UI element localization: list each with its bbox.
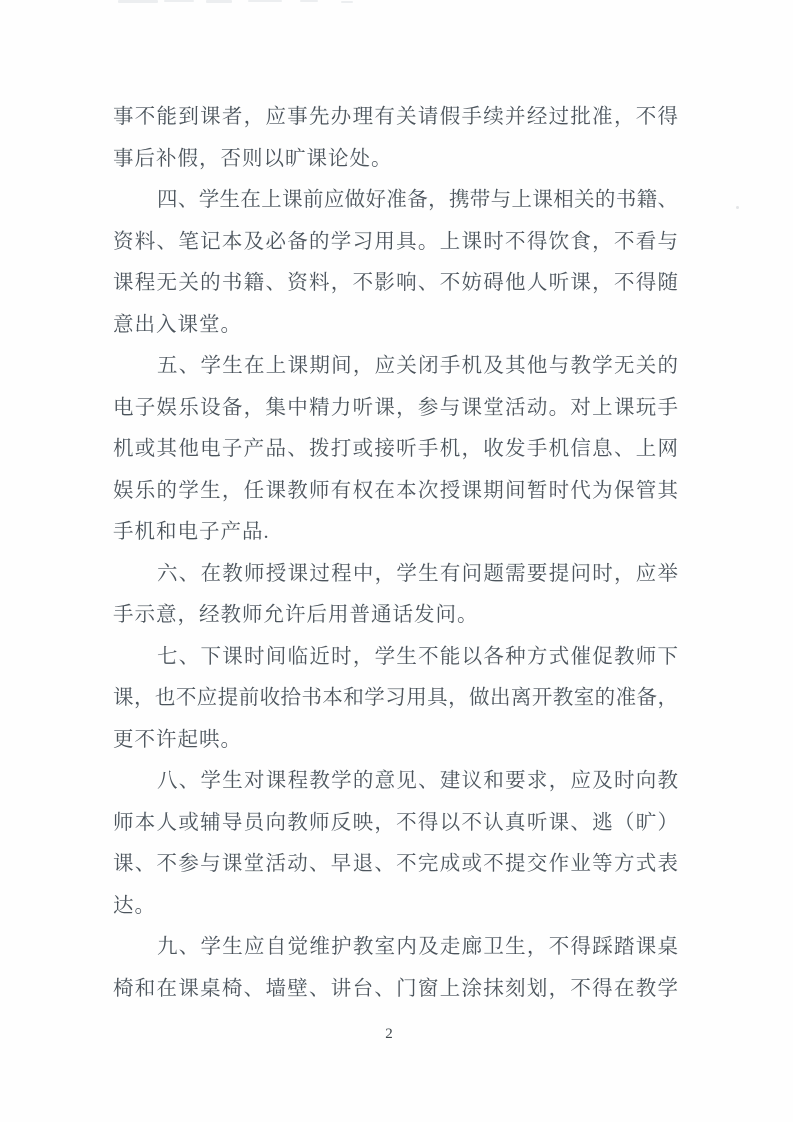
page-number: 2 [0, 1026, 778, 1043]
text-line: 师本人或辅导员向教师反映，不得以不认真听课、逃（旷） [113, 803, 678, 845]
text-line: 机或其他电子产品、拨打或接听手机，收发手机信息、上网 [113, 429, 678, 471]
scan-artifact [341, 1, 353, 3]
paragraph-item-6: 六、在教师授课过程中，学生有问题需要提问时，应举 手示意，经教师允许后用普通话发… [113, 554, 678, 637]
scan-artifact [300, 0, 318, 2]
text-line: 达。 [113, 886, 678, 928]
text-line: 七、下课时间临近时，学生不能以各种方式催促教师下 [113, 637, 678, 679]
document-page: 事不能到课者，应事先办理有关请假手续并经过批准，不得 事后补假，否则以旷课论处。… [0, 0, 793, 1122]
paragraph-item-8: 八、学生对课程教学的意见、建议和要求，应及时向教 师本人或辅导员向教师反映，不得… [113, 761, 678, 927]
scan-artifact [206, 0, 232, 3]
text-line: 电子娱乐设备，集中精力听课，参与课堂活动。对上课玩手 [113, 388, 678, 430]
paragraph-continuation: 事不能到课者，应事先办理有关请假手续并经过批准，不得 事后补假，否则以旷课论处。 [113, 97, 678, 180]
text-line: 娱乐的学生，任课教师有权在本次授课期间暂时代为保管其 [113, 471, 678, 513]
scan-artifact [248, 0, 282, 2]
text-line: 更不许起哄。 [113, 720, 678, 762]
text-line: 意出入课堂。 [113, 305, 678, 347]
paragraph-item-5: 五、学生在上课期间，应关闭手机及其他与教学无关的 电子娱乐设备，集中精力听课，参… [113, 346, 678, 554]
scan-artifact [118, 0, 158, 3]
text-line: 课、不参与课堂活动、早退、不完成或不提交作业等方式表 [113, 844, 678, 886]
text-line: 手示意，经教师允许后用普通话发问。 [113, 595, 678, 637]
text-line: 资料、笔记本及必备的学习用具。上课时不得饮食，不看与 [113, 222, 678, 264]
document-text: 事不能到课者，应事先办理有关请假手续并经过批准，不得 事后补假，否则以旷课论处。… [113, 97, 678, 1010]
scan-artifact [164, 0, 194, 2]
paragraph-item-9: 九、学生应自觉维护教室内及走廊卫生，不得踩踏课桌 椅和在课桌椅、墙壁、讲台、门窗… [113, 927, 678, 1010]
text-line: 事不能到课者，应事先办理有关请假手续并经过批准，不得 [113, 97, 678, 139]
text-line: 课，也不应提前收拾书本和学习用具，做出离开教室的准备， [113, 678, 678, 720]
text-line: 八、学生对课程教学的意见、建议和要求，应及时向教 [113, 761, 678, 803]
text-line: 六、在教师授课过程中，学生有问题需要提问时，应举 [113, 554, 678, 596]
text-line: 课程无关的书籍、资料，不影响、不妨碍他人听课，不得随 [113, 263, 678, 305]
text-line: 椅和在课桌椅、墙壁、讲台、门窗上涂抹刻划，不得在教学 [113, 969, 678, 1011]
text-line: 五、学生在上课期间，应关闭手机及其他与教学无关的 [113, 346, 678, 388]
text-line: 手机和电子产品. [113, 512, 678, 554]
paragraph-item-4: 四、学生在上课前应做好准备，携带与上课相关的书籍、 资料、笔记本及必备的学习用具… [113, 180, 678, 346]
scan-speck [736, 206, 739, 209]
paragraph-item-7: 七、下课时间临近时，学生不能以各种方式催促教师下 课，也不应提前收拾书本和学习用… [113, 637, 678, 762]
text-line: 事后补假，否则以旷课论处。 [113, 139, 678, 181]
text-line: 九、学生应自觉维护教室内及走廊卫生，不得踩踏课桌 [113, 927, 678, 969]
text-line: 四、学生在上课前应做好准备，携带与上课相关的书籍、 [113, 180, 678, 222]
